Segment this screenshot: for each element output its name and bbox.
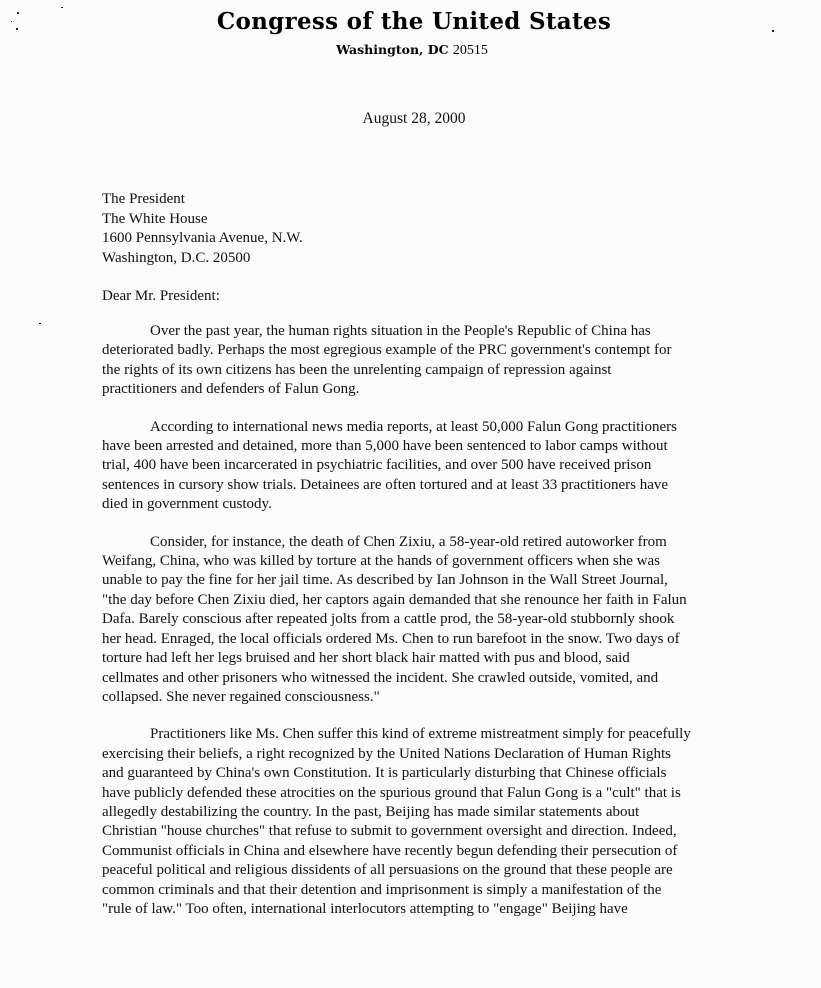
text-line: Over the past year, the human rights sit… <box>102 322 742 341</box>
text-line: sentences in cursory show trials. Detain… <box>102 476 742 495</box>
letter-date: August 28, 2000 <box>0 110 821 128</box>
recipient-line: The President <box>102 190 303 210</box>
paragraph-3: Consider, for instance, the death of Che… <box>102 533 742 708</box>
text-line: "the day before Chen Zixiu died, her cap… <box>102 591 742 610</box>
text-line: Dafa. Barely conscious after repeated jo… <box>102 610 742 629</box>
text-line: practitioners and defenders of Falun Gon… <box>102 380 742 399</box>
scan-speck <box>61 7 63 8</box>
text-line: have publicly defended these atrocities … <box>102 784 742 803</box>
letterhead-city: Washington, DC <box>336 42 448 57</box>
text-line: allegedly destabilizing the country. In … <box>102 803 742 822</box>
scan-speck <box>39 323 41 324</box>
text-line: peaceful political and religious disside… <box>102 861 742 880</box>
text-line: died in government custody. <box>102 495 742 514</box>
text-line: "rule of law." Too often, international … <box>102 900 742 919</box>
letterhead: Congress of the United States Washington… <box>0 6 821 60</box>
text-line: trial, 400 have been incarcerated in psy… <box>102 456 742 475</box>
letterhead-zip: 20515 <box>453 43 488 58</box>
scan-speck <box>16 28 18 30</box>
text-line: unable to pay the fine for her jail time… <box>102 571 742 590</box>
text-line: Communist officials in China and elsewhe… <box>102 842 742 861</box>
text-line: cellmates and other prisoners who witnes… <box>102 669 742 688</box>
paragraph-2: According to international news media re… <box>102 418 742 515</box>
letterhead-address: Washington, DC 20515 <box>0 41 821 60</box>
text-line: her head. Enraged, the local officials o… <box>102 630 742 649</box>
text-line: the rights of its own citizens has been … <box>102 361 742 380</box>
recipient-line: Washington, D.C. 20500 <box>102 249 303 269</box>
scan-speck <box>11 21 12 22</box>
recipient-address: The President The White House 1600 Penns… <box>102 190 303 268</box>
paragraph-4: Practitioners like Ms. Chen suffer this … <box>102 725 742 919</box>
text-line: exercising their beliefs, a right recogn… <box>102 745 742 764</box>
scan-speck <box>772 30 774 32</box>
text-line: have been arrested and detained, more th… <box>102 437 742 456</box>
text-line: common criminals and that their detentio… <box>102 881 742 900</box>
text-line: Christian "house churches" that refuse t… <box>102 822 742 841</box>
recipient-line: The White House <box>102 210 303 230</box>
text-line: deteriorated badly. Perhaps the most egr… <box>102 341 742 360</box>
recipient-line: 1600 Pennsylvania Avenue, N.W. <box>102 229 303 249</box>
letter-body: Over the past year, the human rights sit… <box>102 322 742 937</box>
salutation: Dear Mr. President: <box>102 287 220 306</box>
text-line: torture had left her legs bruised and he… <box>102 649 742 668</box>
text-line: Weifang, China, who was killed by tortur… <box>102 552 742 571</box>
text-line: Consider, for instance, the death of Che… <box>102 533 742 552</box>
letterhead-title: Congress of the United States <box>0 6 821 38</box>
text-line: collapsed. She never regained consciousn… <box>102 688 742 707</box>
text-line: Practitioners like Ms. Chen suffer this … <box>102 725 742 744</box>
paragraph-1: Over the past year, the human rights sit… <box>102 322 742 400</box>
text-line: According to international news media re… <box>102 418 742 437</box>
scan-speck <box>17 12 19 14</box>
text-line: and guaranteed by China's own Constituti… <box>102 764 742 783</box>
